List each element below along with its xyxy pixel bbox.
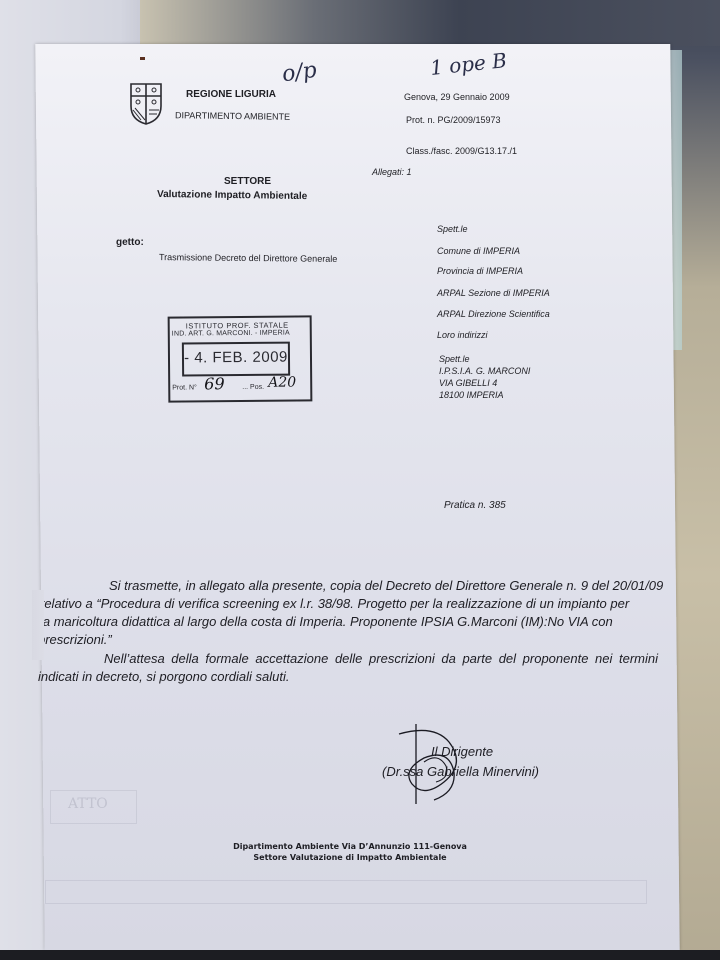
recipient-line: Loro indirizzi	[437, 330, 488, 340]
stamp-line-2: IND. ART. G. MARCONI. - IMPERIA	[172, 330, 290, 338]
body-line: la maricoltura didattica al largo della …	[40, 614, 613, 629]
recipient-line: ARPAL Direzione Scientifica	[437, 309, 550, 319]
regione-liguria-crest-icon	[127, 80, 167, 126]
show-through-row	[45, 880, 647, 904]
body-line: prescrizioni.”	[38, 632, 112, 647]
recipient-line: Comune di IMPERIA	[437, 246, 520, 256]
body-line: Nell’attesa della formale accettazione d…	[104, 651, 658, 666]
body-line: relativo a “Procedura di verifica screen…	[40, 596, 629, 611]
body-line: indicati in decreto, si porgono cordiali…	[38, 669, 289, 684]
classification: Class./fasc. 2009/G13.17./1	[406, 146, 517, 156]
place-date: Genova, 29 Gennaio 2009	[404, 92, 510, 102]
footer-address: Dipartimento Ambiente Via D’Annunzio 111…	[200, 842, 500, 851]
show-through-text: ATTO	[68, 796, 108, 812]
sector-title: SETTORE	[224, 176, 271, 187]
attachments-count: Allegati: 1	[372, 167, 412, 177]
school-city: 18100 IMPERIA	[439, 390, 504, 400]
sector-name: Valutazione Impatto Ambientale	[157, 189, 307, 202]
recipient-line: Provincia di IMPERIA	[437, 266, 523, 276]
school-salutation: Spett.le	[439, 354, 470, 364]
stamp-date: - 4. FEB. 2009	[184, 349, 288, 367]
page-fold-shadow	[32, 590, 44, 660]
protocol-number: Prot. n. PG/2009/15973	[406, 115, 501, 125]
recipient-line: ARPAL Sezione di IMPERIA	[437, 288, 550, 298]
stamp-prot-number: 69	[204, 374, 225, 393]
subject-label: getto:	[116, 237, 144, 248]
stamp-date-box: - 4. FEB. 2009	[182, 342, 290, 377]
school-street: VIA GIBELLI 4	[439, 378, 497, 388]
stamp-pos-number: A20	[268, 375, 296, 391]
pratica-number: Pratica n. 385	[444, 500, 506, 511]
received-stamp: ISTITUTO PROF. STATALE IND. ART. G. MARC…	[168, 315, 313, 402]
body-line: Si trasmette, in allegato alla presente,…	[109, 578, 663, 593]
bottom-edge	[0, 950, 720, 960]
background-shadow	[140, 0, 720, 46]
org-name: REGIONE LIGURIA	[186, 89, 276, 100]
signature-scribble-icon	[394, 722, 474, 806]
school-name: I.P.S.I.A. G. MARCONI	[439, 366, 530, 376]
recipient-line: Spett.le	[437, 224, 468, 234]
page-mark	[140, 57, 145, 60]
handwritten-note-left: o/p	[280, 58, 318, 88]
footer-sector: Settore Valutazione di Impatto Ambiental…	[200, 853, 500, 862]
subject-text: Trasmissione Decreto del Direttore Gener…	[159, 252, 337, 264]
stamp-prot-label: Prot. N°	[172, 384, 197, 391]
department-name: DIPARTIMENTO AMBIENTE	[175, 110, 290, 122]
stamp-pos-label: ... Pos.	[242, 384, 264, 391]
